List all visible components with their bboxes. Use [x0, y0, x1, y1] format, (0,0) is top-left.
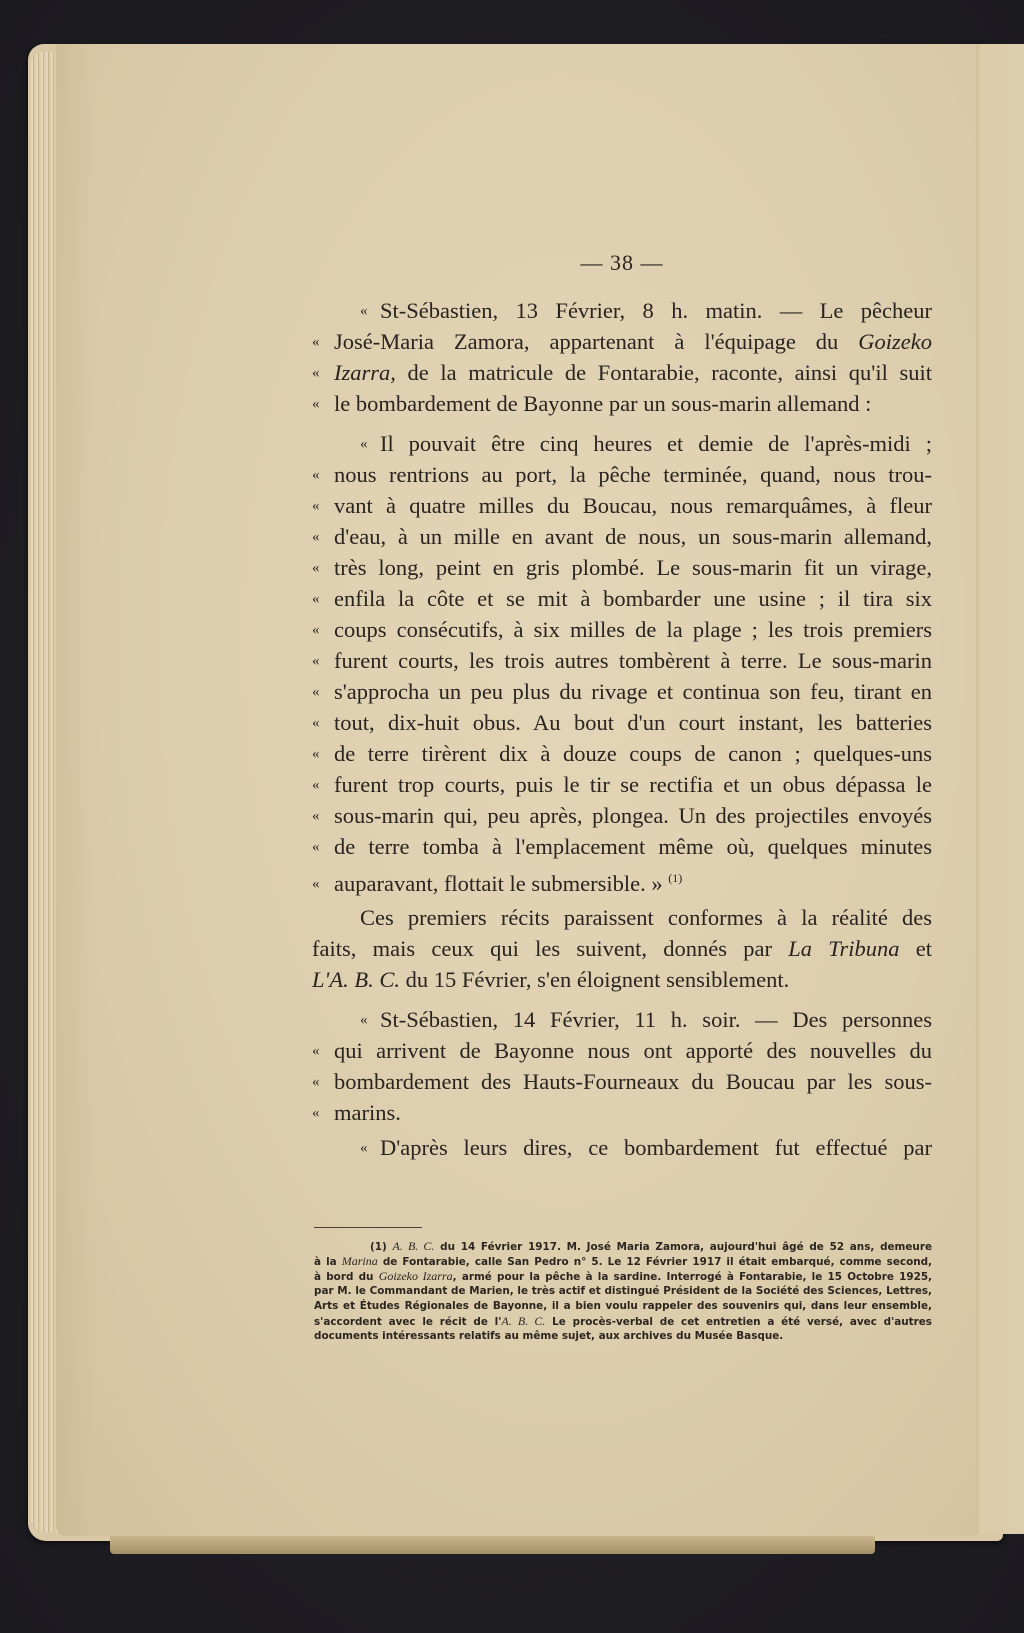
text-line: «de terre tomba à l'emplacement même où,…	[312, 833, 932, 861]
text-line: «D'après leurs dires, ce bombardement fu…	[360, 1134, 932, 1162]
text-line: «sous-marin qui, peu après, plongea. Un …	[312, 802, 932, 830]
footnote-line: Arts et Études Régionales de Bayonne, il…	[314, 1300, 932, 1314]
footnote-line: s'accordent avec le récit de l'A. B. C. …	[314, 1315, 932, 1330]
footnote-line: à bord du Goizeko Izarra, armé pour la p…	[314, 1270, 932, 1285]
text-line: faits, mais ceux qui les suivent, donnés…	[312, 935, 932, 963]
text-line: «bombardement des Hauts-Fourneaux du Bou…	[312, 1068, 932, 1096]
text-line: «St-Sébastien, 14 Février, 11 h. soir. —…	[360, 1006, 932, 1034]
facing-page-edge	[974, 44, 1024, 1534]
text-line: «marins.	[312, 1099, 932, 1127]
page-fore-edge	[31, 52, 59, 1532]
text-line: «St-Sébastien, 13 Février, 8 h. matin. —…	[360, 297, 932, 325]
text-line: «furent courts, les trois autres tombère…	[312, 647, 932, 675]
text-line: «s'approcha un peu plus du rivage et con…	[312, 678, 932, 706]
text-line: «coups consécutifs, à six milles de la p…	[312, 616, 932, 644]
footnote-line: (1) A. B. C. du 14 Février 1917. M. José…	[370, 1240, 932, 1255]
text-line: L'A. B. C. du 15 Février, s'en éloignent…	[312, 966, 932, 994]
text-line: «vant à quatre milles du Boucau, nous re…	[312, 492, 932, 520]
text-line: «nous rentrions au port, la pêche termin…	[312, 461, 932, 489]
text-line: «Il pouvait être cinq heures et demie de…	[360, 430, 932, 458]
text-line: «José-Maria Zamora, appartenant à l'équi…	[312, 328, 932, 356]
text-line: «de terre tirèrent dix à douze coups de …	[312, 740, 932, 768]
footnote-rule	[314, 1227, 422, 1228]
text-line: «Izarra, de la matricule de Fontarabie, …	[312, 359, 932, 387]
text-line: «d'eau, à un mille en avant de nous, un …	[312, 523, 932, 551]
text-line: «tout, dix-huit obus. Au bout d'un court…	[312, 709, 932, 737]
footnote-line: par M. le Commandant de Marien, le très …	[314, 1285, 932, 1299]
text-line: «très long, peint en gris plombé. Le sou…	[312, 554, 932, 582]
text-line: «auparavant, flottait le submersible. » …	[312, 864, 932, 898]
text-line: «furent trop courts, puis le tir se rect…	[312, 771, 932, 799]
text-line: «le bombardement de Bayonne par un sous-…	[312, 390, 932, 418]
footnote-reference[interactable]: (1)	[668, 871, 682, 885]
page-number: — 38 —	[312, 250, 932, 276]
footnote-line: à la Marina de Fontarabie, calle San Ped…	[314, 1255, 932, 1270]
text-line: «enfila la côte et se mit à bombarder un…	[312, 585, 932, 613]
text-line: Ces premiers récits paraissent conformes…	[360, 904, 932, 932]
page-bottom-edges	[110, 1536, 875, 1554]
footnote-line: documents intéressants relatifs au même …	[314, 1330, 932, 1344]
text-line: «qui arrivent de Bayonne nous ont apport…	[312, 1037, 932, 1065]
book-page: — 38 — «St-Sébastien, 13 Février, 8 h. m…	[56, 44, 976, 1536]
